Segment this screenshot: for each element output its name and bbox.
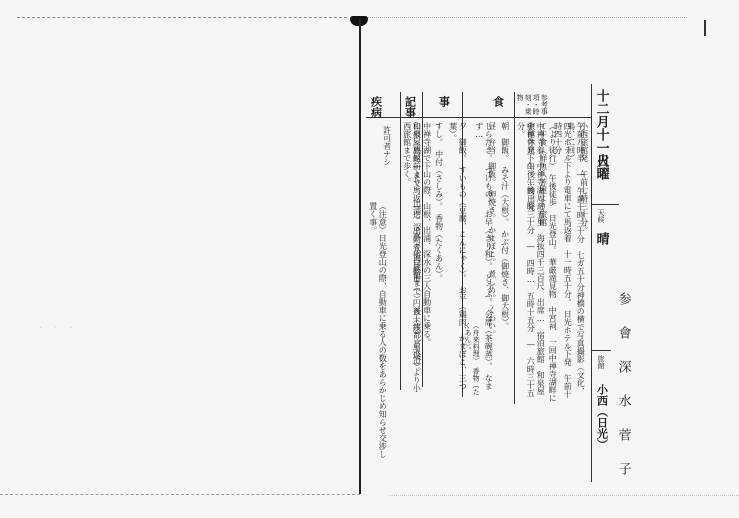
right-page-top-edge: [357, 17, 687, 18]
author-line: 参 會 深 水 菅 子: [616, 292, 630, 479]
meals-header: 食: [492, 96, 504, 107]
page-gutter: [359, 18, 361, 494]
weather-label: 天候: [597, 209, 605, 223]
scanned-document: · · · 十二月十一日 火曜 天候 晴 旅館 小西（日光） 参 會 深 水 菅…: [0, 0, 739, 518]
date-column-divider: [591, 84, 592, 482]
notes-header: 記事: [404, 96, 416, 118]
left-page-top-edge: [17, 17, 347, 18]
page-edge-mark: [704, 20, 706, 36]
diary-page: 十二月十一日 火曜 天候 晴 旅館 小西（日光） 参 會 深 水 菅 子 参考事…: [366, 92, 606, 492]
lodging-name: 小西（日光）: [596, 384, 608, 450]
accidents-line: （注意）日光登山の際、自動車に乗る人の数をあらかじめ知らせ交渉し置く事。: [368, 202, 387, 462]
schedule-line: 中禅寺発下山 午後三時三十分 ― 四時… 五時十五分 ― 六時三十五分。: [516, 122, 535, 402]
notes-accidents-divider: [400, 92, 401, 390]
lodging-divider: [591, 350, 611, 351]
right-page-bottom-edge: [390, 495, 739, 496]
schedule-meals-divider: [514, 92, 515, 404]
notes-line: 和泉屋旅館前より馬返―迄 出勤者傍自動車（一円五十銭） 馬返―より小西旅館まで歩…: [402, 122, 421, 392]
diary-weekday: 火曜: [594, 154, 608, 180]
meals-line: 朝 御飯。 みそ汁（大根）。 かぶ付（御焼き、御大根）。: [500, 122, 510, 392]
scan-specks: · · ·: [40, 325, 78, 331]
supper-line: すし。 中付（さしみ）。 香物（たくあん）。: [434, 122, 444, 392]
schedule-header: 参考事項・時刻・乗物: [516, 94, 548, 116]
lodging-label: 旅館: [597, 355, 605, 369]
supper-line: 夕 御飯。 すいもの（豆腐、こんにゃく）。 お平（鶏肉、かまぼこ、三つ葉）。: [448, 122, 467, 392]
weather-value: 晴: [594, 232, 608, 245]
supper-header: 事: [438, 96, 450, 107]
weather-divider: [591, 204, 619, 205]
notes-line: 中禅寺湖で下山の際、山根、出浦、深水の三人自動車に乗る。: [422, 122, 432, 392]
left-page-bottom-edge: [0, 494, 360, 495]
accidents-header: 疾病: [370, 96, 382, 118]
